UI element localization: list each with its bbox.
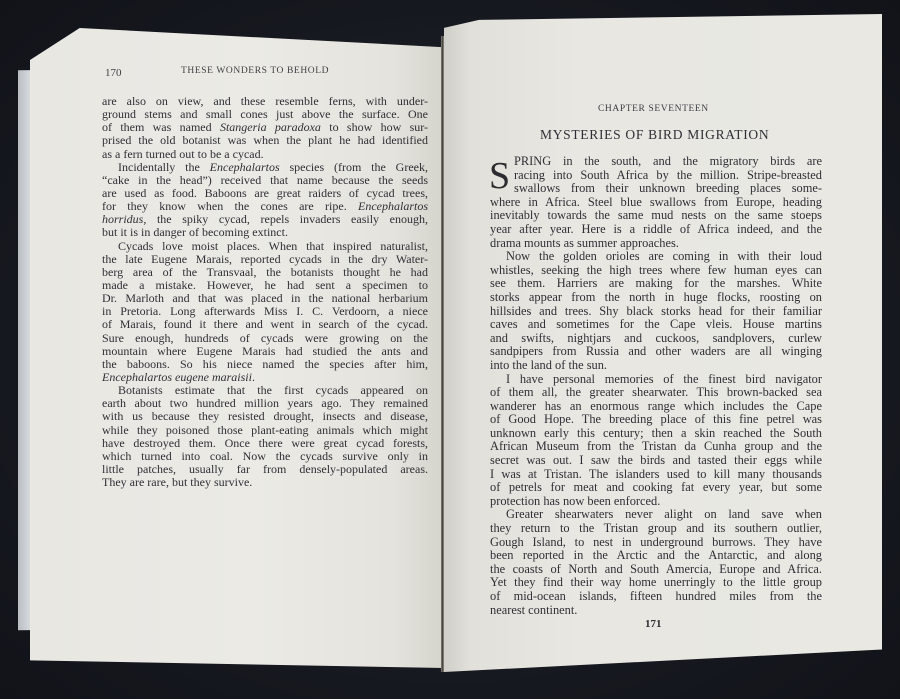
text-line: see them. Harriers are making for the ma… — [490, 277, 822, 291]
text-line: Sure enough, hundreds of cycads were gro… — [102, 332, 428, 345]
italic-term: Encephalartos — [358, 199, 428, 213]
text-line: caves and sometimes for the Cape vleis. … — [490, 318, 822, 332]
text-line: protection has now been enforced. — [490, 495, 822, 509]
text-line: Yet they find their way home unerringly … — [490, 576, 822, 590]
page-number-right: 171 — [645, 618, 662, 630]
text-line: they return to the Tristan group and its… — [490, 522, 822, 536]
text-line: I have personal memories of the finest b… — [490, 373, 822, 387]
text-line: have destroyed them. Once there were gre… — [102, 437, 428, 450]
right-page-body-text: PRING in the south, and the migratory bi… — [490, 155, 822, 617]
page-number-left: 170 — [105, 67, 122, 79]
text-line: swallows from their unknown breeding pla… — [490, 182, 822, 196]
text-line: but it is in danger of becoming extinct. — [102, 226, 428, 239]
text-line: I was at Tristan. The islanders used to … — [490, 468, 822, 482]
text-line: and swifts, nightjars and cuckoos, sandp… — [490, 332, 822, 346]
text-line: whistles, seeking the high trees where f… — [490, 264, 822, 278]
text-line: into the land of the sun. — [490, 359, 822, 373]
text-line: berg area of the Transvaal, the botanist… — [102, 266, 428, 279]
text-line: nearest continent. — [490, 604, 822, 618]
text-line: inevitably towards the same mud nests on… — [490, 209, 822, 223]
text-line: hillsides and trees. Shy black storks he… — [490, 305, 822, 319]
text-line: PRING in the south, and the migratory bi… — [490, 155, 822, 169]
text-line: Greater shearwaters never alight on land… — [490, 508, 822, 522]
text-line: drama mounts as summer approaches. — [490, 237, 822, 251]
text-line: of Good Hope. The breeding place of this… — [490, 413, 822, 427]
text-line: year after year. Here is a riddle of Afr… — [490, 223, 822, 237]
text-line: Gough Island, to nest in underground bur… — [490, 536, 822, 550]
text-line: the coasts of North and South Amercia, E… — [490, 563, 822, 577]
text-line: They are rare, but they survive. — [102, 476, 428, 489]
text-line: racing into South Africa by the million.… — [490, 169, 822, 183]
chapter-title: MYSTERIES OF BIRD MIGRATION — [540, 127, 769, 143]
left-page-body-text: are also on view, and these resemble fer… — [102, 95, 428, 489]
text-line: where in Africa. Steel blue swallows fro… — [490, 196, 822, 210]
italic-term: Stangeria paradoxa — [220, 120, 321, 134]
text-line: which turned into coal. Now the cycads s… — [102, 450, 428, 463]
text-line: while they poisoned those plant-eating a… — [102, 424, 428, 437]
text-line: of petrels for meat and cooking fat ever… — [490, 481, 822, 495]
chapter-label: CHAPTER SEVENTEEN — [598, 104, 709, 114]
italic-term: Encephalartos — [210, 160, 280, 174]
text-line: secret was out. I saw the birds and tast… — [490, 454, 822, 468]
text-line: wanderer has an enormous range which inc… — [490, 400, 822, 414]
text-line: “cake in the head”) received that name b… — [102, 174, 428, 187]
text-line: Incidentally the Encephalartos species (… — [102, 161, 428, 174]
text-line: of them all, the greater shearwater. Thi… — [490, 386, 822, 400]
text-line: prised the old botanist was when the pla… — [102, 134, 428, 147]
book-gutter — [441, 36, 444, 672]
running-title: THESE WONDERS TO BEHOLD — [181, 66, 329, 76]
text-line: mountain where Eugene Marais had studied… — [102, 345, 428, 358]
running-head: 170 THESE WONDERS TO BEHOLD — [105, 66, 425, 80]
text-line: Cycads love moist places. When that insp… — [102, 240, 428, 253]
text-line: been reported in the Arctic and the Anta… — [490, 549, 822, 563]
text-line: the late Eugene Marais, reported cycads … — [102, 253, 428, 266]
text-line: storks appear from the north in huge flo… — [490, 291, 822, 305]
text-line: African Museum from the Tristan da Cunha… — [490, 440, 822, 454]
text-line: sandpipers from Russia and other waders … — [490, 345, 822, 359]
italic-term: horridus — [102, 212, 143, 226]
text-line: of Marais, found it there and went in se… — [102, 318, 428, 331]
text-line: unknown early this century; then a skin … — [490, 427, 822, 441]
italic-term: Encephalartos eugene maraisii — [102, 370, 252, 384]
text-line: with us because they resisted drought, i… — [102, 410, 428, 423]
text-line: Now the golden orioles are coming in wit… — [490, 250, 822, 264]
text-line: of mid-ocean islands, fifteen hundred mi… — [490, 590, 822, 604]
